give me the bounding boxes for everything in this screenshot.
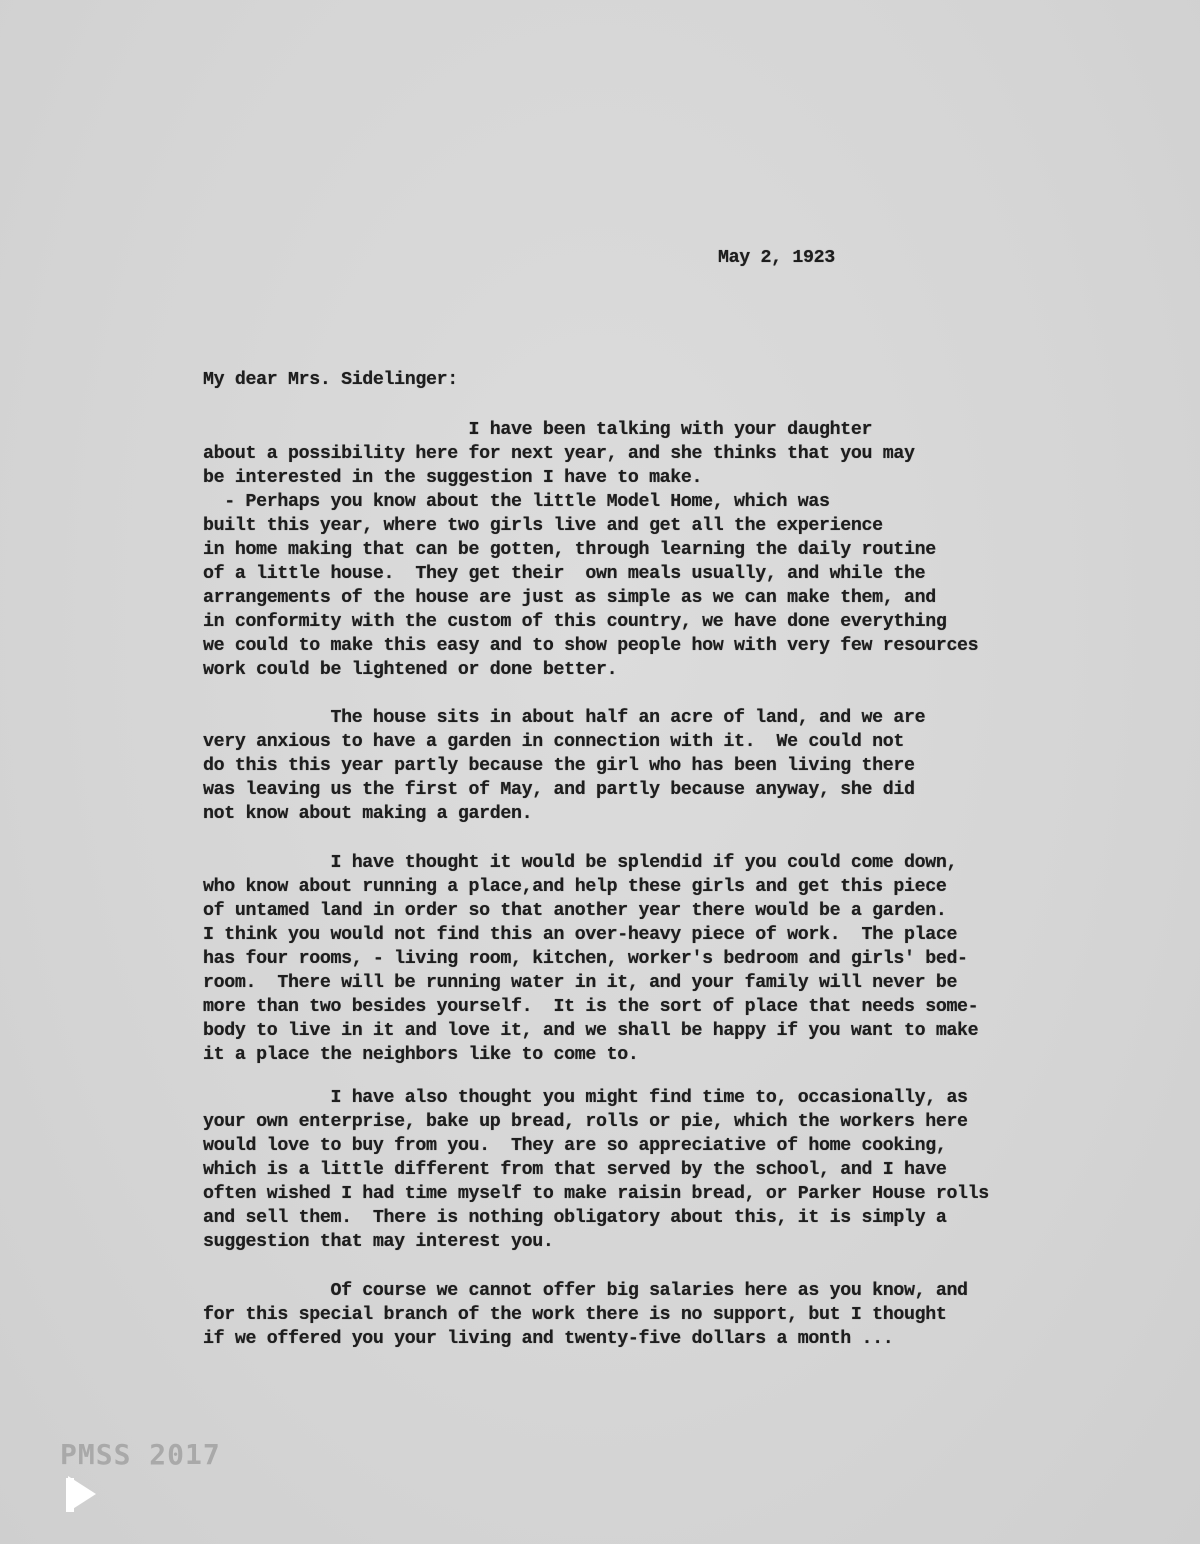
- text-line: - Perhaps you know about the little Mode…: [203, 490, 830, 514]
- paragraph-5: I have also thought you might find time …: [203, 1086, 245, 1266]
- text-line: not know about making a garden.: [203, 802, 532, 826]
- text-line: work could be lightened or done better.: [203, 658, 617, 682]
- text-line: it a place the neighbors like to come to…: [203, 1043, 638, 1067]
- text-line: Of course we cannot offer big salaries h…: [203, 1279, 968, 1303]
- paragraph-6: Of course we cannot offer big salaries h…: [203, 1279, 245, 1379]
- paragraph-2: - Perhaps you know about the little Mode…: [203, 490, 245, 690]
- text-line: often wished I had time myself to make r…: [203, 1182, 989, 1206]
- text-line: I have been talking with your daughter: [203, 418, 872, 442]
- letter-date: May 2, 1923: [718, 248, 835, 268]
- letter-salutation: My dear Mrs. Sidelinger:: [203, 370, 458, 390]
- text-line: The house sits in about half an acre of …: [203, 706, 925, 730]
- text-line: in home making that can be gotten, throu…: [203, 538, 936, 562]
- paragraph-4: I have thought it would be splendid if y…: [203, 851, 245, 1071]
- text-line: of untamed land in order so that another…: [203, 899, 946, 923]
- text-line: for this special branch of the work ther…: [203, 1303, 946, 1327]
- text-line: about a possibility here for next year, …: [203, 442, 915, 466]
- text-line: which is a little different from that se…: [203, 1158, 946, 1182]
- archive-watermark: PMSS 2017: [60, 1438, 221, 1471]
- text-line: be interested in the suggestion I have t…: [203, 466, 702, 490]
- text-line: body to live in it and love it, and we s…: [203, 1019, 978, 1043]
- text-line: room. There will be running water in it,…: [203, 971, 957, 995]
- text-line: I have thought it would be splendid if y…: [203, 851, 957, 875]
- text-line: of a little house. They get their own me…: [203, 562, 925, 586]
- letter-page: May 2, 1923 My dear Mrs. Sidelinger: I h…: [0, 0, 1200, 1544]
- text-line: and sell them. There is nothing obligato…: [203, 1206, 946, 1230]
- text-line: would love to buy from you. They are so …: [203, 1134, 946, 1158]
- text-line: who know about running a place,and help …: [203, 875, 946, 899]
- text-line: we could to make this easy and to show p…: [203, 634, 978, 658]
- text-line: suggestion that may interest you.: [203, 1230, 553, 1254]
- text-line: I have also thought you might find time …: [203, 1086, 968, 1110]
- text-line: if we offered you your living and twenty…: [203, 1327, 893, 1351]
- page-tab-marker-icon: [68, 1476, 96, 1512]
- text-line: very anxious to have a garden in connect…: [203, 730, 904, 754]
- text-line: more than two besides yourself. It is th…: [203, 995, 978, 1019]
- text-line: in conformity with the custom of this co…: [203, 610, 946, 634]
- text-line: built this year, where two girls live an…: [203, 514, 883, 538]
- paragraph-3: The house sits in about half an acre of …: [203, 706, 245, 846]
- text-line: arrangements of the house are just as si…: [203, 586, 936, 610]
- text-line: has four rooms, - living room, kitchen, …: [203, 947, 968, 971]
- text-line: your own enterprise, bake up bread, roll…: [203, 1110, 968, 1134]
- text-line: do this this year partly because the gir…: [203, 754, 915, 778]
- text-line: I think you would not find this an over-…: [203, 923, 957, 947]
- text-line: was leaving us the first of May, and par…: [203, 778, 915, 802]
